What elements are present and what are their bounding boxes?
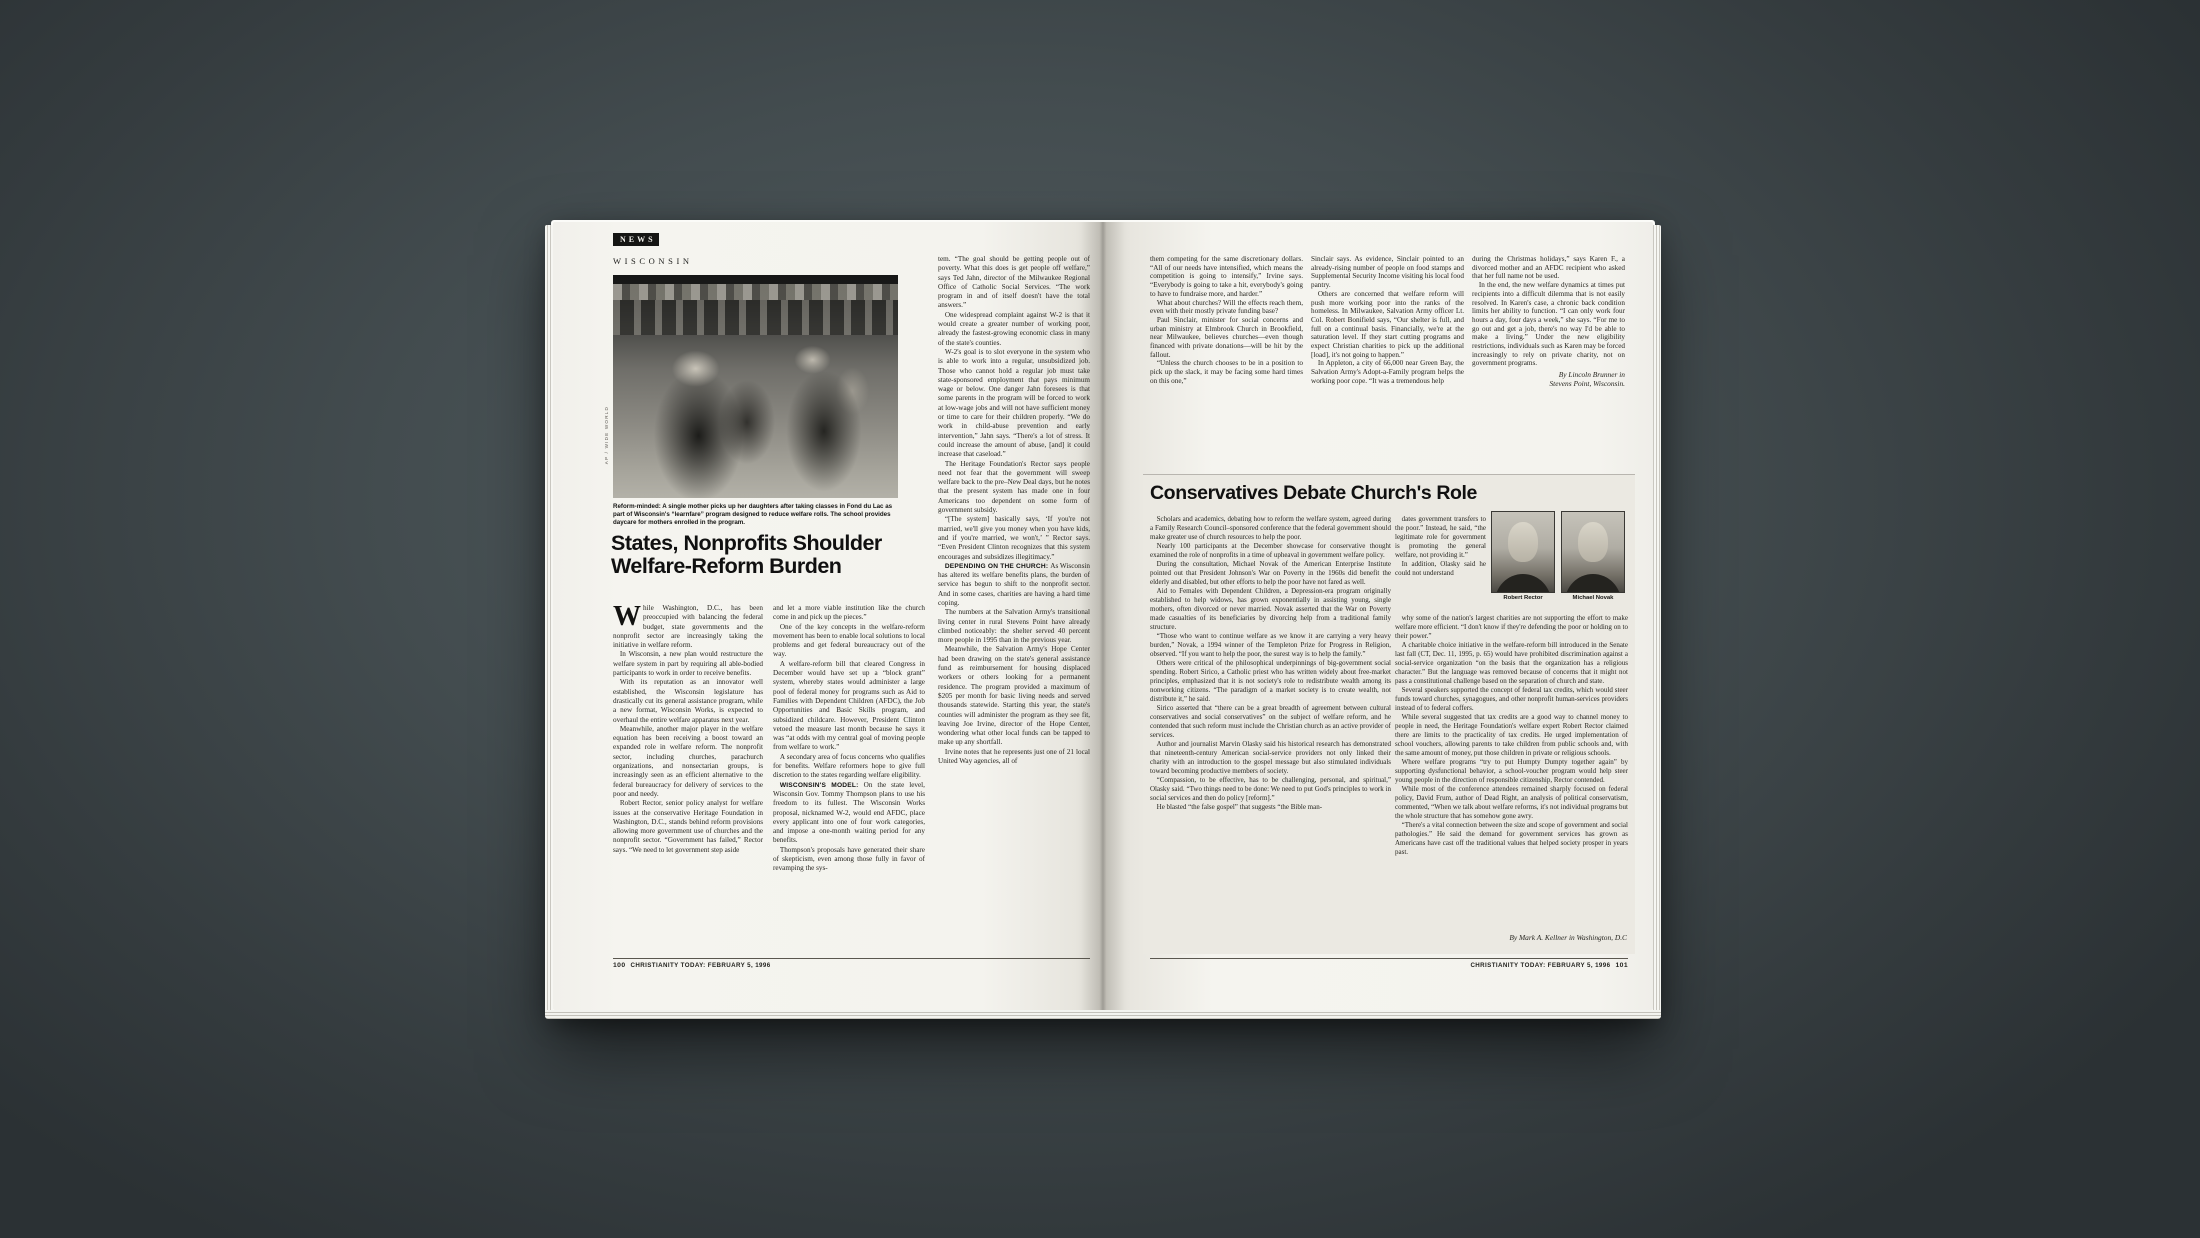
sidebar-conservatives-debate: Conservatives Debate Church's Role Schol… [1143,474,1635,954]
paragraph: during the Christmas holidays,” says Kar… [1472,255,1625,281]
paragraph: In the end, the new welfare dynamics at … [1472,281,1625,368]
portrait-caption-rector: Robert Rector [1491,595,1555,602]
paragraph: Sirico asserted that “there can be a gre… [1150,704,1391,740]
footer-left-text: CHRISTIANITY TODAY: FEBRUARY 5, 1996 [631,962,771,969]
portrait-caption-novak: Michael Novak [1561,595,1625,602]
paragraph: What about churches? Will the effects re… [1150,299,1303,316]
paragraph: One widespread complaint against W-2 is … [938,311,1090,348]
paragraph: The Heritage Foundation's Rector says pe… [938,460,1090,516]
paragraph-lead: DEPENDING ON THE CHURCH: [945,563,1050,570]
paragraph: A secondary area of focus concerns who q… [773,753,925,781]
portrait-michael-novak: Michael Novak [1561,511,1625,602]
kicker-wisconsin: WISCONSIN [613,257,693,266]
article-column-4: them competing for the same discretionar… [1150,255,1303,471]
paragraph: While several suggested that tax credits… [1395,713,1628,758]
article-column-6: during the Christmas holidays,” says Kar… [1472,255,1625,471]
article-column-3: tem. “The goal should be getting people … [938,255,1090,950]
paragraph: Scholars and academics, debating how to … [1150,515,1391,542]
paragraph: “Unless the church chooses to be in a po… [1150,359,1303,385]
drop-cap: W [613,604,643,629]
paragraph: A charitable choice initiative in the we… [1395,641,1628,686]
portrait-robert-rector: Robert Rector [1491,511,1555,602]
paragraph: “Compassion, to be effective, has to be … [1150,776,1391,803]
paragraph: Sinclair says. As evidence, Sinclair poi… [1311,255,1464,290]
page-number-left: 100 [613,962,626,969]
paragraph: In addition, Olasky said he could not un… [1395,560,1486,578]
footer-right-text: CHRISTIANITY TODAY: FEBRUARY 5, 1996 [1470,962,1610,969]
paragraph: DEPENDING ON THE CHURCH: As Wisconsin ha… [938,562,1090,608]
page-stack-edge-right [1653,225,1661,1017]
photo-credit: AP / WIDE WORLD [604,406,609,464]
article-column-5: Sinclair says. As evidence, Sinclair poi… [1311,255,1464,471]
paragraph: With its reputation as an innovator well… [613,678,763,724]
footer-left: 100 CHRISTIANITY TODAY: FEBRUARY 5, 1996 [613,958,1090,969]
paragraph: WISCONSIN'S MODEL: On the state level, W… [773,781,925,846]
paragraph: “Those who want to continue welfare as w… [1150,632,1391,659]
paragraph: During the consultation, Michael Novak o… [1150,560,1391,587]
paragraph: Meanwhile, another major player in the w… [613,725,763,799]
photo-caption: Reform-minded: A single mother picks up … [613,503,900,528]
paragraph: Aid to Females with Dependent Children, … [1150,587,1391,632]
page-stack-edge-left [545,225,553,1017]
section-tag: NEWS [613,233,659,246]
photo-caption-lead: Reform-minded: [613,503,661,510]
page-stack-edge-bottom [545,1010,1661,1019]
paragraph: While most of the conference attendees r… [1395,785,1628,821]
paragraph: A welfare-reform bill that cleared Congr… [773,660,925,753]
article-headline: States, Nonprofits Shoulder Welfare-Refo… [611,532,911,578]
paragraph: He blasted “the false gospel” that sugge… [1150,803,1391,812]
left-page: NEWS WISCONSIN AP / WIDE WORLD Reform-mi… [553,222,1103,1010]
paragraph: and let a more viable institution like t… [773,604,925,623]
paragraph: Robert Rector, senior policy analyst for… [613,799,763,855]
magazine-spread: NEWS WISCONSIN AP / WIDE WORLD Reform-mi… [553,222,1653,1010]
paragraph: In Appleton, a city of 66,000 near Green… [1311,359,1464,385]
paragraph: W-2's goal is to slot everyone in the sy… [938,348,1090,460]
sidebar-title: Conservatives Debate Church's Role [1150,482,1477,505]
paragraph: Meanwhile, the Salvation Army's Hope Cen… [938,645,1090,747]
paragraph: tem. “The goal should be getting people … [938,255,1090,311]
paragraph: “There's a vital connection between the … [1395,821,1628,857]
sidebar-byline: By Mark A. Kellner in Washington, D.C [1509,933,1627,942]
article-column-1: While Washington, D.C., has been preoccu… [613,604,763,950]
paragraph: Where welfare programs “try to put Humpt… [1395,758,1628,785]
sidebar-column-right: why some of the nation's largest chariti… [1395,614,1628,922]
sidebar-column-narrow: dates government transfers to the poor.”… [1395,515,1486,613]
paragraph: Others are concerned that welfare reform… [1311,290,1464,360]
paragraph: One of the key concepts in the welfare-r… [773,623,925,660]
sidebar-column-left: Scholars and academics, debating how to … [1150,515,1391,939]
paragraph: By Lincoln Brunner in Stevens Point, Wis… [1472,371,1625,388]
page-number-right: 101 [1615,962,1628,969]
paragraph-lead: WISCONSIN'S MODEL: [780,782,864,789]
photo-backdrop: NEWS WISCONSIN AP / WIDE WORLD Reform-mi… [0,0,2200,1238]
paragraph: In Wisconsin, a new plan would restructu… [613,650,763,678]
portrait-photo-novak [1561,511,1625,593]
paragraph: The numbers at the Salvation Army's tran… [938,608,1090,645]
portrait-photo-rector [1491,511,1555,593]
paragraph: Paul Sinclair, minister for social conce… [1150,316,1303,360]
paragraph: “[The system] basically says, ‘If you're… [938,515,1090,561]
paragraph: Author and journalist Marvin Olasky said… [1150,740,1391,776]
right-page: them competing for the same discretionar… [1103,222,1653,1010]
lead-photo: AP / WIDE WORLD [613,275,898,498]
paragraph: Nearly 100 participants at the December … [1150,542,1391,560]
paragraph: dates government transfers to the poor.”… [1395,515,1486,560]
paragraph: why some of the nation's largest chariti… [1395,614,1628,641]
footer-right: CHRISTIANITY TODAY: FEBRUARY 5, 1996 101 [1150,958,1628,969]
article-column-2: and let a more viable institution like t… [773,604,925,950]
paragraph: them competing for the same discretionar… [1150,255,1303,299]
paragraph: Irvine notes that he represents just one… [938,748,1090,767]
paragraph: Others were critical of the philosophica… [1150,659,1391,704]
photo-detail-figures [613,275,898,498]
paragraph: Several speakers supported the concept o… [1395,686,1628,713]
paragraph: Thompson's proposals have generated thei… [773,846,925,874]
paragraph: While Washington, D.C., has been preoccu… [613,604,763,650]
